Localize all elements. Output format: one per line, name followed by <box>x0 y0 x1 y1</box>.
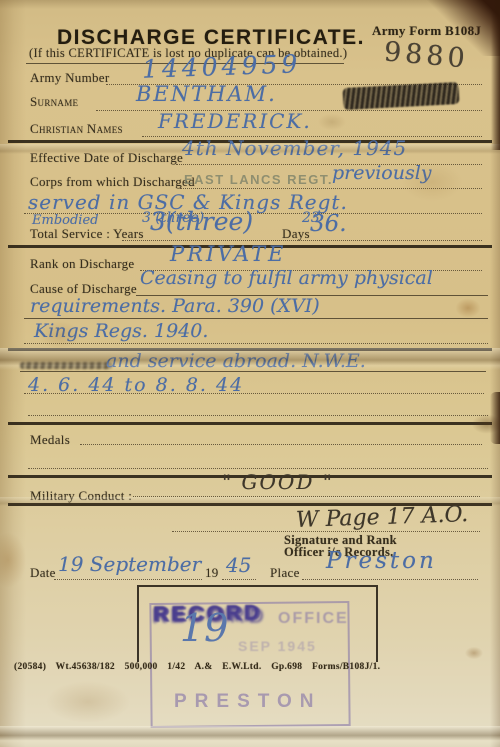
date-year-value: 45 <box>226 553 251 577</box>
date-century-printed: 19 <box>205 565 219 581</box>
leader-line <box>122 240 482 241</box>
printer-imprint: (20584) Wt.45638/182 500,000 1/42 A.& E.… <box>14 662 380 672</box>
section-rule <box>8 422 492 425</box>
conduct-value: " GOOD " <box>222 470 334 494</box>
effective-date-label: Effective Date of Discharge <box>30 150 183 166</box>
conduct-label: Military Conduct : <box>30 488 132 504</box>
date-label: Date <box>30 565 56 581</box>
effective-date-value: 4th November, 1945 <box>182 136 407 160</box>
leader-line <box>180 188 482 189</box>
army-number-value: 14404959 <box>142 49 302 84</box>
paper-edge <box>491 0 500 150</box>
army-number-label: Army Number <box>30 70 109 86</box>
stamp-date-line: SEP 1945 <box>238 638 317 654</box>
stamp-place-line: PRESTON <box>174 691 322 713</box>
corps-regiment-stamp: EAST LANCS REGT. <box>184 172 333 187</box>
backdrop-corner <box>414 0 500 56</box>
date-value: 19 September <box>58 552 201 576</box>
leader-line <box>172 531 480 532</box>
place-value: Preston <box>326 548 437 574</box>
leader-line <box>80 444 482 445</box>
creased-print-smudge <box>20 362 112 369</box>
corps-value-line1: previously <box>332 162 432 184</box>
surname-label: Surname <box>30 94 78 110</box>
cause-line1: Ceasing to fulfil army physical <box>140 267 433 289</box>
leader-line <box>24 393 484 394</box>
leader-line <box>28 415 488 416</box>
corps-label: Corps from which Discharged <box>30 174 195 190</box>
paper-edge-tear <box>490 392 500 444</box>
cause-line3: Kings Regs. 1940. <box>34 320 208 342</box>
service-abroad-line1: and service abroad. N.W.E. <box>106 350 366 372</box>
christian-names-label: Christian Names <box>30 121 123 137</box>
rank-value: PRIVATE <box>170 242 286 266</box>
stamp-word-office: OFFICE <box>278 610 349 628</box>
rank-label: Rank on Discharge <box>30 256 135 272</box>
leader-line <box>302 579 478 580</box>
leader-line <box>20 371 486 372</box>
place-label: Place <box>270 565 300 581</box>
total-service-days: 36. <box>310 211 347 237</box>
leader-line <box>28 468 488 469</box>
leader-line <box>54 579 202 580</box>
leader-line <box>24 318 488 319</box>
stamp-handwritten-number: 19 <box>180 606 228 650</box>
christian-names-value: FREDERICK. <box>158 109 312 133</box>
cause-line2: requirements. Para. 390 (XVI) <box>30 295 320 317</box>
leader-line <box>24 343 488 344</box>
leader-line <box>176 164 482 165</box>
leader-line <box>133 496 480 497</box>
medals-label: Medals <box>30 432 70 448</box>
total-service-years: 3(three) <box>150 207 253 236</box>
surname-value: BENTHAM. <box>136 82 277 106</box>
discharge-certificate-scan: DISCHARGE CERTIFICATE. (If this CERTIFIC… <box>0 0 500 747</box>
leader-line <box>222 579 256 580</box>
